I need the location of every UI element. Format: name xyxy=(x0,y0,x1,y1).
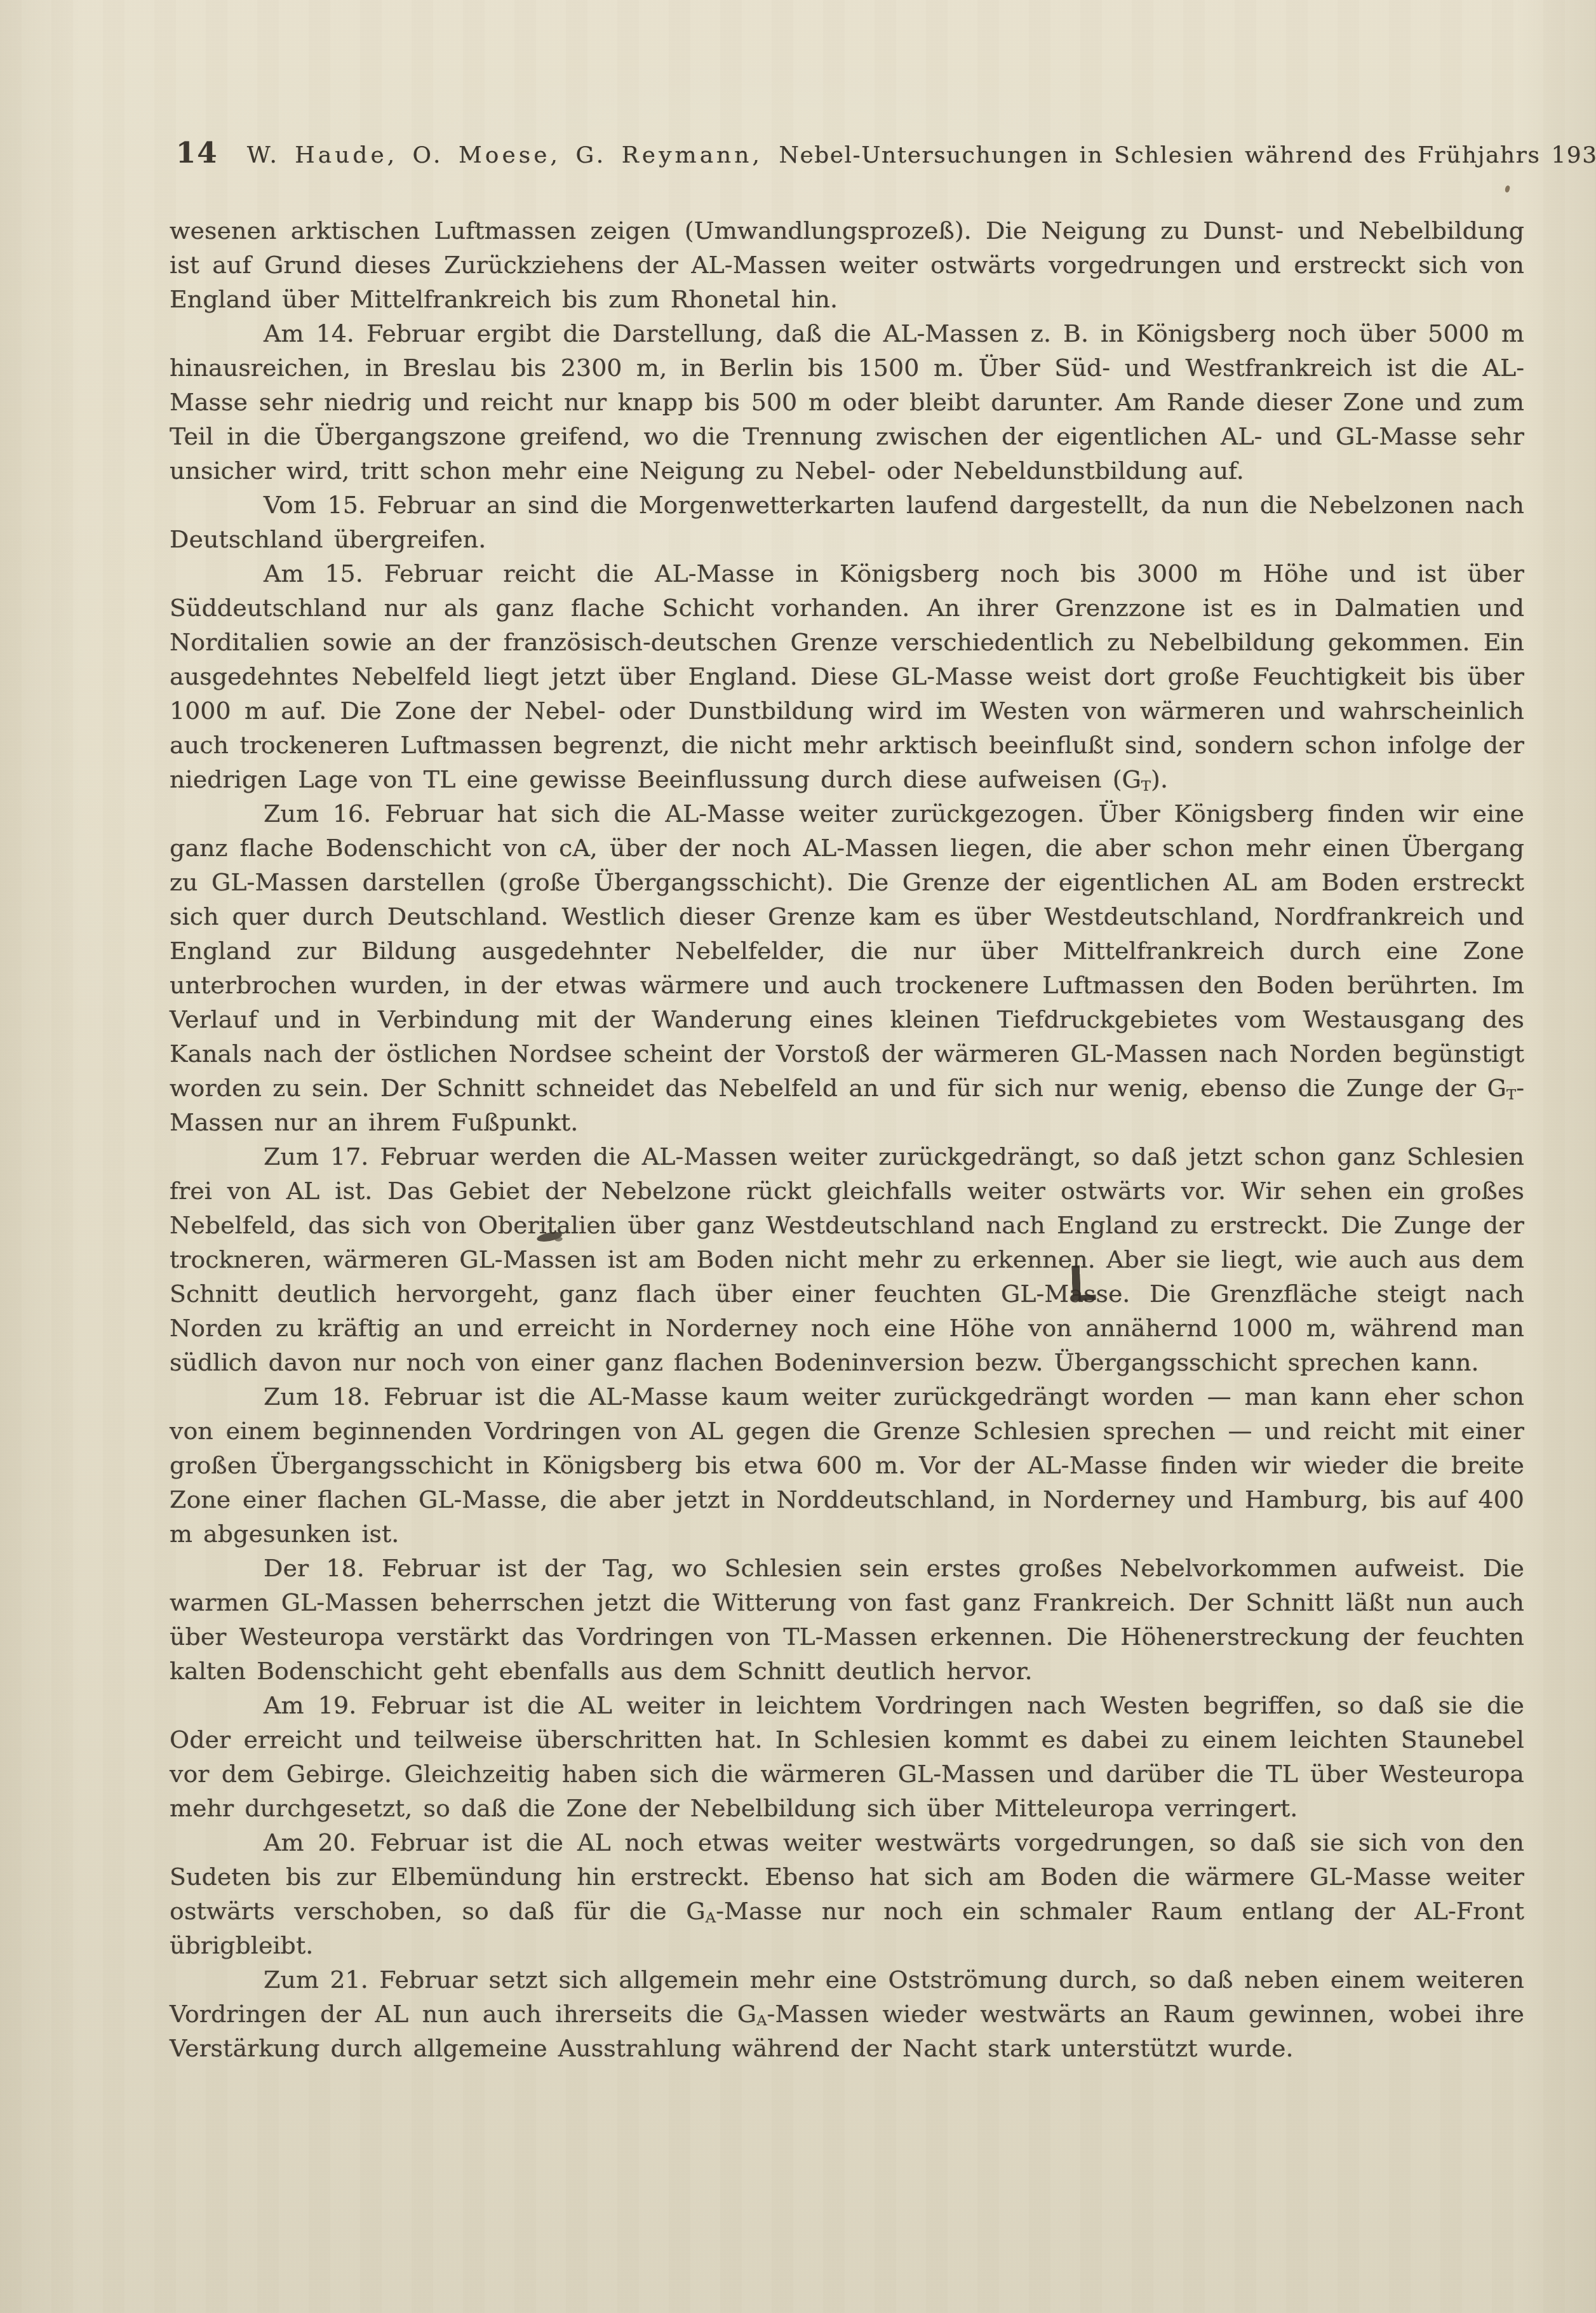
paragraph: Zum 17. Februar werden die AL-Massen wei… xyxy=(170,1139,1524,1379)
paragraph: Vom 15. Februar an sind die Morgenwetter… xyxy=(170,488,1524,556)
paragraph: Am 15. Februar reicht die AL-Masse in Kö… xyxy=(170,556,1524,796)
paragraph: wesenen arktischen Luftmassen zeigen (Um… xyxy=(170,213,1524,316)
running-head-authors: W. Haude, O. Moese, G. Reymann, xyxy=(247,142,763,168)
paragraph: Der 18. Februar ist der Tag, wo Schlesie… xyxy=(170,1551,1524,1688)
ink-smudge xyxy=(1071,1264,1096,1301)
paragraph: Am 20. Februar ist die AL noch etwas wei… xyxy=(170,1825,1524,1962)
subscript: A xyxy=(756,2013,767,2029)
paragraph: Zum 21. Februar setzt sich allgemein meh… xyxy=(170,1962,1524,2065)
page-number: 14 xyxy=(176,138,218,168)
page-header: 14 W. Haude, O. Moese, G. Reymann, Nebel… xyxy=(170,138,1524,170)
paragraph: Am 19. Februar ist die AL weiter in leic… xyxy=(170,1688,1524,1825)
scanned-page: 14 W. Haude, O. Moese, G. Reymann, Nebel… xyxy=(0,0,1596,2313)
paragraph: Am 14. Februar ergibt die Darstellung, d… xyxy=(170,316,1524,488)
paper-speck xyxy=(1504,185,1510,193)
subscript: T xyxy=(1506,1087,1516,1103)
running-head-title: Nebel-Untersuchungen in Schlesien währen… xyxy=(779,142,1596,168)
subscript: A xyxy=(706,1910,716,1926)
paragraph: Zum 16. Februar hat sich die AL-Masse we… xyxy=(170,796,1524,1139)
paragraph: Zum 18. Februar ist die AL-Masse kaum we… xyxy=(170,1379,1524,1551)
body-text: wesenen arktischen Luftmassen zeigen (Um… xyxy=(170,213,1524,2065)
subscript: T xyxy=(1141,778,1151,794)
running-head: W. Haude, O. Moese, G. Reymann, Nebel-Un… xyxy=(247,141,1596,170)
